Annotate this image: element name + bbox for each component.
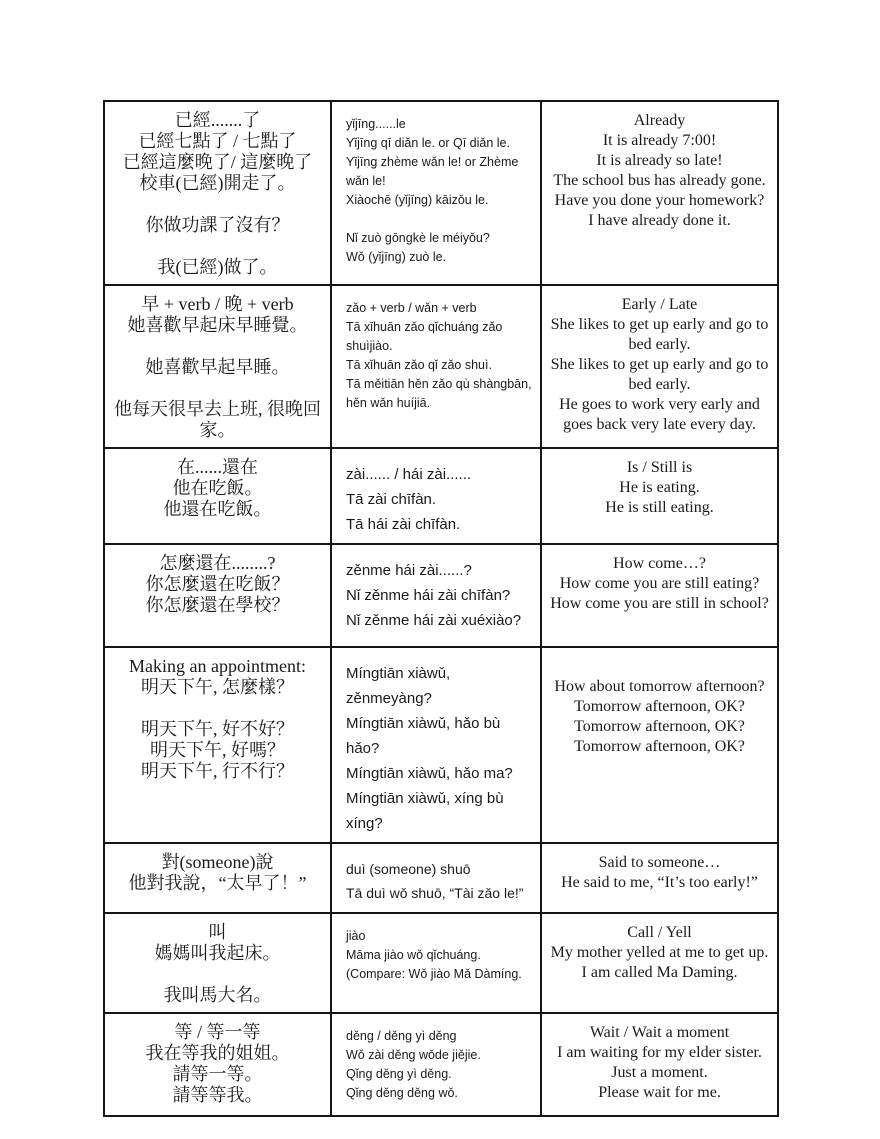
english-line: Early / Late [548,295,771,315]
chinese-line: 校車(已經)開走了。 [111,173,324,194]
pinyin-line: Míngtiān xiàwǔ, xíng bù xíng? [346,786,534,836]
chinese-line: 明天下午, 好不好？ [111,719,324,740]
pinyin-line: zài...... / hái zài...... [346,462,534,487]
pinyin-cell: zài...... / hái zài......Tā zài chīfàn.T… [331,448,541,544]
pinyin-line: Wǒ zài děng wǒde jiějie. [346,1046,534,1065]
chinese-cell: 怎麼還在........?你怎麼還在吃飯？你怎麼還在學校？ [104,544,331,647]
chinese-line [111,236,324,257]
chinese-cell: 在......還在他在吃飯。他還在吃飯。 [104,448,331,544]
pinyin-line: Nǐ zěnme hái zài xuéxiào? [346,608,534,633]
chinese-line: 我(已經)做了。 [111,257,324,278]
pinyin-cell: yǐjīng......leYǐjīng qī diǎn le. or Qī d… [331,101,541,285]
chinese-line: Making an appointment: [111,656,324,677]
chinese-cell: 已經.......了已經七點了 / 七點了已經這麼晚了/ 這麼晚了校車(已經)開… [104,101,331,285]
vocab-table: 已經.......了已經七點了 / 七點了已經這麼晚了/ 這麼晚了校車(已經)開… [103,100,779,1117]
english-cell: How about tomorrow afternoon?Tomorrow af… [541,647,778,843]
pinyin-cell: děng / děng yì děngWǒ zài děng wǒde jiěj… [331,1013,541,1116]
pinyin-line: (Compare: Wǒ jiào Mǎ Dàmíng. [346,965,534,984]
english-line: How come you are still eating? [548,574,771,594]
chinese-line: 他每天很早去上班, 很晚回家。 [111,399,324,441]
pinyin-line: Yǐjīng zhème wǎn le! or Zhème wǎn le! [346,153,534,191]
chinese-line: 明天下午, 怎麼樣？ [111,677,324,698]
chinese-cell: 早 + verb / 晚 + verb她喜歡早起床早睡覺。她喜歡早起早睡。他每天… [104,285,331,448]
english-line: He said to me, “It’s too early!” [548,873,771,893]
chinese-line: 請等等我。 [111,1085,324,1106]
pinyin-line: yǐjīng......le [346,115,534,134]
pinyin-line: Tā duì wǒ shuō, “Tài zǎo le!” [346,881,534,905]
english-line: How come you are still in school? [548,594,771,614]
english-line: I have already done it. [548,211,771,231]
english-line: Tomorrow afternoon, OK? [548,697,771,717]
pinyin-line: Tā xǐhuān zǎo qǐchuáng zǎo shuìjiào. [346,318,534,356]
english-line: It is already so late! [548,151,771,171]
pinyin-line: Qǐng děng yì děng. [346,1065,534,1084]
chinese-line: 叫 [111,922,324,943]
table-row: 在......還在他在吃飯。他還在吃飯。 zài...... / hái zài… [104,448,778,544]
english-cell: Call / YellMy mother yelled at me to get… [541,913,778,1013]
chinese-line [111,378,324,399]
pinyin-line: Qǐng děng děng wǒ. [346,1084,534,1103]
chinese-line: 媽媽叫我起床。 [111,943,324,964]
chinese-cell: Making an appointment:明天下午, 怎麼樣？明天下午, 好不… [104,647,331,843]
chinese-line: 他對我說，“太早了！” [111,873,324,894]
english-line: He is still eating. [548,498,771,518]
pinyin-cell: jiàoMāma jiào wǒ qǐchuáng.(Compare: Wǒ j… [331,913,541,1013]
pinyin-cell: zěnme hái zài......?Nǐ zěnme hái zài chī… [331,544,541,647]
chinese-line: 我在等我的姐姐。 [111,1043,324,1064]
table-row: 等 / 等一等我在等我的姐姐。請等一等。請等等我。 děng / děng yì… [104,1013,778,1116]
document-page: 已經.......了已經七點了 / 七點了已經這麼晚了/ 這麼晚了校車(已經)開… [0,0,880,1139]
vocab-table-body: 已經.......了已經七點了 / 七點了已經這麼晚了/ 這麼晚了校車(已經)開… [104,101,778,1116]
table-row: Making an appointment:明天下午, 怎麼樣？明天下午, 好不… [104,647,778,843]
english-line: Have you done your homework? [548,191,771,211]
chinese-line: 已經七點了 / 七點了 [111,131,324,152]
english-line: Tomorrow afternoon, OK? [548,717,771,737]
english-cell: Is / Still isHe is eating.He is still ea… [541,448,778,544]
pinyin-cell: duì (someone) shuōTā duì wǒ shuō, “Tài z… [331,843,541,913]
pinyin-line: děng / děng yì děng [346,1027,534,1046]
english-cell: Early / LateShe likes to get up early an… [541,285,778,448]
english-line: He is eating. [548,478,771,498]
english-line: Just a moment. [548,1063,771,1083]
pinyin-cell: Míngtiān xiàwǔ, zěnmeyàng?Míngtiān xiàwǔ… [331,647,541,843]
chinese-line: 他在吃飯。 [111,478,324,499]
chinese-line: 怎麼還在........? [111,553,324,574]
pinyin-line: Māma jiào wǒ qǐchuáng. [346,946,534,965]
pinyin-line: Nǐ zěnme hái zài chīfàn? [346,583,534,608]
chinese-line: 在......還在 [111,457,324,478]
pinyin-line: zěnme hái zài......? [346,558,534,583]
table-row: 已經.......了已經七點了 / 七點了已經這麼晚了/ 這麼晚了校車(已經)開… [104,101,778,285]
english-cell: AlreadyIt is already 7:00!It is already … [541,101,778,285]
english-cell: Wait / Wait a momentI am waiting for my … [541,1013,778,1116]
table-row: 早 + verb / 晚 + verb她喜歡早起床早睡覺。她喜歡早起早睡。他每天… [104,285,778,448]
english-line: The school bus has already gone. [548,171,771,191]
english-line [548,657,771,677]
pinyin-line: Míngtiān xiàwǔ, hǎo ma? [346,761,534,786]
english-line: She likes to get up early and go to bed … [548,315,771,355]
pinyin-line: Tā zài chīfàn. [346,487,534,512]
chinese-line: 明天下午, 好嗎？ [111,740,324,761]
pinyin-line: Tā xǐhuān zǎo qǐ zǎo shuì. [346,356,534,375]
english-line: Wait / Wait a moment [548,1023,771,1043]
chinese-cell: 對(someone)說他對我說，“太早了！” [104,843,331,913]
chinese-line [111,698,324,719]
chinese-line: 她喜歡早起床早睡覺。 [111,315,324,336]
pinyin-line: Tā měitiān hěn zǎo qù shàngbān, hěn wǎn … [346,375,534,413]
english-line: I am waiting for my elder sister. [548,1043,771,1063]
chinese-line [111,194,324,215]
chinese-line: 等 / 等一等 [111,1022,324,1043]
table-row: 叫媽媽叫我起床。我叫馬大名。 jiàoMāma jiào wǒ qǐchuáng… [104,913,778,1013]
english-line: Is / Still is [548,458,771,478]
english-line: Already [548,111,771,131]
pinyin-line: Wǒ (yǐjīng) zuò le. [346,248,534,267]
pinyin-line: zǎo + verb / wǎn + verb [346,299,534,318]
pinyin-cell: zǎo + verb / wǎn + verbTā xǐhuān zǎo qǐc… [331,285,541,448]
table-row: 對(someone)說他對我說，“太早了！” duì (someone) shu… [104,843,778,913]
pinyin-line: Tā hái zài chīfàn. [346,512,534,537]
english-line: It is already 7:00! [548,131,771,151]
chinese-line: 他還在吃飯。 [111,499,324,520]
chinese-cell: 叫媽媽叫我起床。我叫馬大名。 [104,913,331,1013]
pinyin-line: jiào [346,927,534,946]
english-cell: How come…?How come you are still eating?… [541,544,778,647]
pinyin-line: Míngtiān xiàwǔ, zěnmeyàng? [346,661,534,711]
english-cell: Said to someone…He said to me, “It’s too… [541,843,778,913]
english-line: Tomorrow afternoon, OK? [548,737,771,757]
english-line: She likes to get up early and go to bed … [548,355,771,395]
chinese-line: 早 + verb / 晚 + verb [111,294,324,315]
chinese-line: 她喜歡早起早睡。 [111,357,324,378]
english-line: Call / Yell [548,923,771,943]
chinese-line [111,964,324,985]
chinese-line: 你怎麼還在學校？ [111,595,324,616]
english-line: I am called Ma Daming. [548,963,771,983]
pinyin-line: Míngtiān xiàwǔ, hǎo bù hǎo? [346,711,534,761]
chinese-line [111,336,324,357]
chinese-line: 已經.......了 [111,110,324,131]
pinyin-line: Nǐ zuò gōngkè le méiyǒu? [346,229,534,248]
chinese-line: 請等一等。 [111,1064,324,1085]
chinese-line: 我叫馬大名。 [111,985,324,1006]
chinese-line: 已經這麼晚了/ 這麼晚了 [111,152,324,173]
english-line: Said to someone… [548,853,771,873]
pinyin-line: Xiàochē (yǐjīng) kāizǒu le. [346,191,534,210]
english-line: How come…? [548,554,771,574]
table-row: 怎麼還在........?你怎麼還在吃飯？你怎麼還在學校？ zěnme hái … [104,544,778,647]
chinese-line: 明天下午, 行不行？ [111,761,324,782]
chinese-line: 你怎麼還在吃飯？ [111,574,324,595]
english-line: Please wait for me. [548,1083,771,1103]
chinese-line: 對(someone)說 [111,852,324,873]
chinese-cell: 等 / 等一等我在等我的姐姐。請等一等。請等等我。 [104,1013,331,1116]
pinyin-line: Yǐjīng qī diǎn le. or Qī diǎn le. [346,134,534,153]
english-line: My mother yelled at me to get up. [548,943,771,963]
english-line: How about tomorrow afternoon? [548,677,771,697]
pinyin-line: duì (someone) shuō [346,857,534,881]
pinyin-line [346,210,534,229]
english-line: He goes to work very early and goes back… [548,395,771,435]
chinese-line: 你做功課了沒有？ [111,215,324,236]
